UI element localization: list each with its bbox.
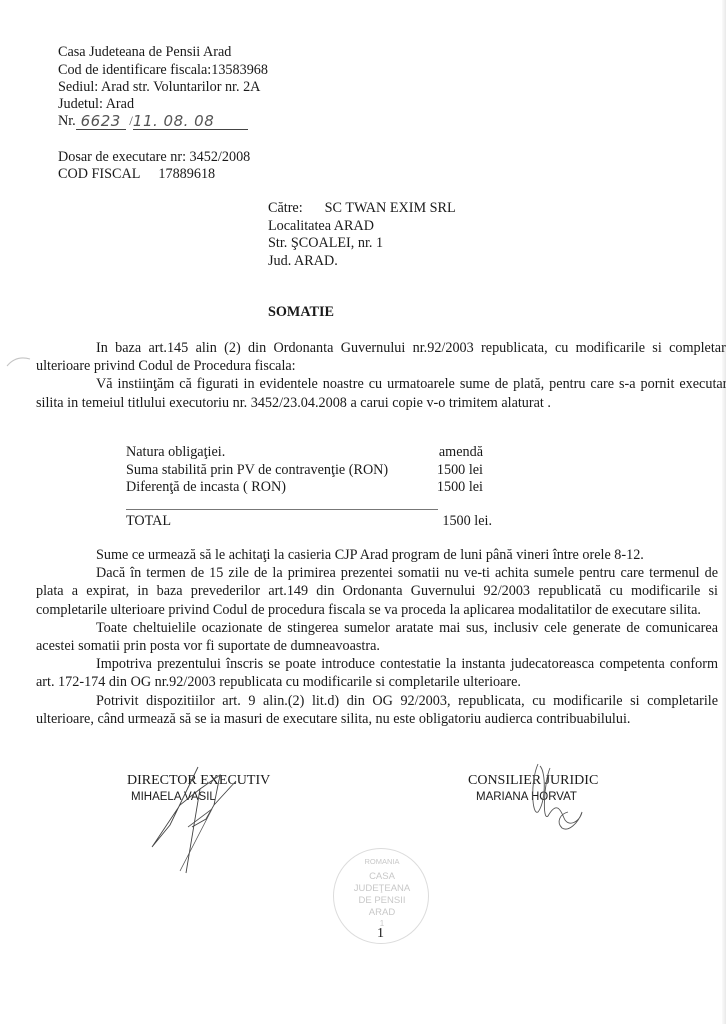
recipient-street: Str. ŞCOALEI, nr. 1 <box>268 235 383 253</box>
registration-number-line: Nr.6623 /11. 08. 08 <box>58 112 248 130</box>
stamp-line: ARAD <box>334 907 430 918</box>
scan-edge <box>722 0 726 1024</box>
obligation-value: 1500 lei <box>437 462 483 480</box>
page-number: 1 <box>377 926 384 942</box>
cod-fiscal-value: 17889618 <box>158 166 215 182</box>
document-title: SOMATIE <box>268 304 334 321</box>
body-paragraph-contest: Impotriva prezentului înscris se poate i… <box>36 655 718 691</box>
intro-paragraph-legal-basis: In baza art.145 alin (2) din Ordonanta G… <box>36 339 726 375</box>
right-signature-scribble <box>520 762 600 834</box>
recipient-line: Către:SC TWAN EXIM SRL <box>268 200 456 218</box>
registration-number-label: Nr. <box>58 113 76 129</box>
total-divider <box>126 509 438 510</box>
sender-county: Judetul: Arad <box>58 96 134 113</box>
punch-hole-mark <box>6 355 32 367</box>
obligation-value: 1500 lei <box>437 479 483 497</box>
cod-fiscal-label: COD FISCAL <box>58 166 140 182</box>
intro-paragraph-notification: Vă instiinţăm că figurati in evidentele … <box>36 375 726 411</box>
sender-address: Sediul: Arad str. Voluntarilor nr. 2A <box>58 79 260 96</box>
total-value: 1500 lei. <box>442 513 492 531</box>
left-signature-scribble <box>140 765 240 875</box>
cod-fiscal-line: COD FISCAL17889618 <box>58 166 215 183</box>
obligation-label: Suma stabilită prin PV de contravenţie (… <box>126 462 388 480</box>
obligations-table: Natura obligaţiei. amendă Suma stabilită… <box>126 444 492 497</box>
obligation-row: Natura obligaţiei. amendă <box>126 444 492 462</box>
total-label: TOTAL <box>126 513 171 531</box>
recipient-to-label: Către: <box>268 200 303 216</box>
recipient-company: SC TWAN EXIM SRL <box>325 200 456 216</box>
registration-date: 11. 08. 08 <box>133 113 248 130</box>
stamp-line: JUDEŢEANA <box>334 883 430 894</box>
sender-fiscal-id: Cod de identificare fiscala:13583968 <box>58 62 268 79</box>
stamp-top-arc: ROMANIA <box>334 856 430 867</box>
stamp-line: CASA <box>334 871 430 882</box>
obligation-value: amendă <box>439 444 483 462</box>
stamp-line: DE PENSII <box>334 895 430 906</box>
dossier-number: Dosar de executare nr: 3452/2008 <box>58 149 250 166</box>
obligation-row: Diferenţă de incasta ( RON) 1500 lei <box>126 479 492 497</box>
obligation-label: Natura obligaţiei. <box>126 444 225 462</box>
recipient-locality: Localitatea ARAD <box>268 218 374 236</box>
sender-institution: Casa Judeteana de Pensii Arad <box>58 44 231 61</box>
body-paragraph-hearing: Potrivit dispozitiilor art. 9 alin.(2) l… <box>36 692 718 728</box>
body-section: Sume ce urmează să le achitaţi la casier… <box>36 546 718 728</box>
obligation-row: Suma stabilită prin PV de contravenţie (… <box>126 462 492 480</box>
registration-number: 6623 <box>76 113 126 130</box>
body-paragraph-deadline: Dacă în termen de 15 zile de la primirea… <box>36 564 718 619</box>
body-paragraph-payment: Sume ce urmează să le achitaţi la casier… <box>36 546 718 564</box>
intro-section: In baza art.145 alin (2) din Ordonanta G… <box>36 339 726 412</box>
obligation-label: Diferenţă de incasta ( RON) <box>126 479 286 497</box>
recipient-county: Jud. ARAD. <box>268 253 338 271</box>
body-paragraph-costs: Toate cheltuielile ocazionate de stinger… <box>36 619 718 655</box>
